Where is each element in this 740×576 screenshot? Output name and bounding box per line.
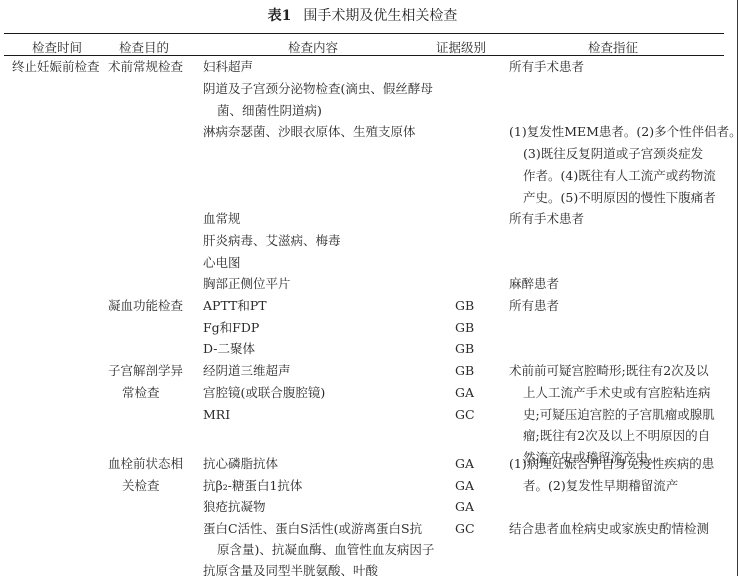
purpose-prethrombotic: 血栓前状态相 — [108, 453, 183, 476]
content-row: 胸部正侧位平片 — [203, 273, 291, 296]
indication-row: (1)复发性MEM患者。(2)多个性伴侣者。 — [509, 121, 740, 144]
purpose-prethrombotic-continued: 关检查 — [108, 475, 160, 498]
table-caption: 表1围手术期及优生相关检查 — [0, 5, 725, 25]
evidence-level: GA — [455, 496, 474, 519]
content-row-continued: 原含量)、抗凝血酶、血管性血友病因子 — [203, 539, 434, 562]
indication-row-continued: 作者。(4)既往有人工流产或药物流 — [509, 165, 716, 188]
purpose-uterine-anatomy: 子宫解剖学异 — [108, 360, 183, 383]
evidence-level: GC — [455, 404, 475, 427]
evidence-level: GB — [455, 338, 474, 361]
content-row: D-二聚体 — [203, 338, 255, 361]
header-indication: 检查指征 — [588, 38, 638, 56]
content-row: 肝炎病毒、艾滋病、梅毒 — [203, 230, 341, 253]
indication-row-continued: 上人工流产手术史或有宫腔粘连病 — [509, 382, 711, 405]
indication-row-continued: (3)既往反复阴道或子宫颈炎症发 — [509, 143, 703, 166]
content-row-continued: 菌、细菌性阴道病) — [203, 100, 322, 123]
content-row: 抗β₂-糖蛋白1抗体 — [203, 475, 302, 498]
header-exam-content: 检查内容 — [288, 38, 338, 56]
content-row: 抗心磷脂抗体 — [203, 453, 278, 476]
table-title: 围手术期及优生相关检查 — [303, 8, 457, 24]
content-row: 狼疮抗凝物 — [203, 496, 266, 519]
indication-row: 所有手术患者 — [509, 56, 584, 79]
content-row: MRI — [203, 404, 230, 427]
evidence-level: GB — [455, 295, 474, 318]
indication-row: 所有手术患者 — [509, 208, 584, 231]
evidence-level: GA — [455, 475, 474, 498]
evidence-level: GA — [455, 453, 474, 476]
content-row: 阴道及子宫颈分泌物检查(滴虫、假丝酵母 — [203, 78, 433, 101]
content-row: 淋病奈瑟菌、沙眼衣原体、生殖支原体 — [203, 121, 416, 144]
header-exam-purpose: 检查目的 — [119, 38, 169, 56]
indication-row: 结合患者血栓病史或家族史酌情检测 — [509, 518, 709, 541]
content-row: 蛋白C活性、蛋白S活性(或游离蛋白S抗 — [203, 518, 422, 541]
purpose-preop-routine: 术前常规检查 — [108, 56, 183, 79]
content-row: 心电图 — [203, 252, 241, 275]
header-exam-time: 检查时间 — [32, 38, 82, 56]
content-row: 宫腔镜(或联合腹腔镜) — [203, 382, 325, 405]
content-row: 血常规 — [203, 208, 241, 231]
content-row: 妇科超声 — [203, 56, 253, 79]
indication-row-continued: 产史。(5)不明原因的慢性下腹痛者 — [509, 187, 716, 210]
indication-row: 术前前可疑宫腔畸形;既往有2次及以 — [509, 360, 709, 383]
exam-time-cell: 终止妊娠前检查 — [12, 56, 100, 79]
indication-row: 麻醉患者 — [509, 273, 559, 296]
table-number: 表1 — [268, 8, 292, 24]
indication-row-continued: 瘤;既往有2次及以上不明原因的自 — [509, 425, 710, 448]
indication-row: (1)病理妊娠合并自身免疫性疾病的患 — [509, 453, 714, 476]
evidence-level: GA — [455, 382, 474, 405]
evidence-level: GB — [455, 317, 474, 340]
page-right-border — [737, 0, 738, 576]
evidence-level: GB — [455, 360, 474, 383]
header-evidence-level: 证据级别 — [436, 38, 486, 56]
content-row-continued: 抗原含量及同型半胱氨酸、叶酸 — [203, 560, 378, 576]
content-row: 经阴道三维超声 — [203, 360, 291, 383]
content-row: APTT和PT — [203, 295, 267, 318]
indication-row-continued: 者。(2)复发性早期稽留流产 — [509, 475, 678, 498]
indication-row: 所有患者 — [509, 295, 559, 318]
table-top-rule — [4, 33, 724, 34]
indication-row-continued: 史;可疑压迫宫腔的子宫肌瘤或腺肌 — [509, 404, 715, 427]
content-row: Fg和FDP — [203, 317, 259, 340]
purpose-uterine-anatomy-continued: 常检查 — [108, 382, 160, 405]
evidence-level: GC — [455, 518, 475, 541]
purpose-coagulation: 凝血功能检查 — [108, 295, 183, 318]
